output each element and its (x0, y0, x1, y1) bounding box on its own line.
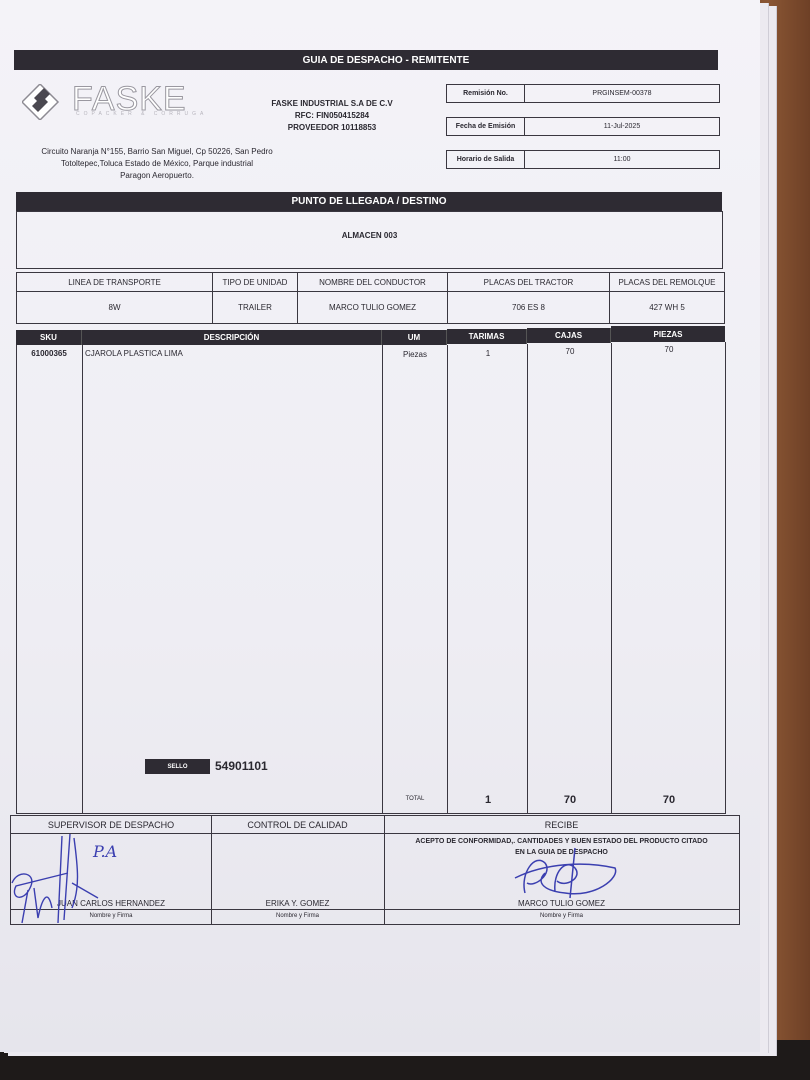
supervisor-note: P.A (93, 842, 117, 861)
fecha-emision-field: Fecha de Emisión 11-Jul-2025 (446, 117, 720, 136)
company-name: FASKE INDUSTRIAL S.A DE C.V (262, 98, 402, 110)
sku: 61000365 (18, 349, 80, 358)
firma-label: Nombre y Firma (11, 913, 211, 919)
receiver-name: MARCO TULIO GOMEZ (384, 899, 739, 908)
total-pieces: 70 (613, 794, 725, 806)
pieces: 70 (613, 345, 725, 354)
transport-table: LINEA DE TRANSPORTE TIPO DE UNIDAD NOMBR… (16, 272, 725, 324)
unit-measure: Piezas (384, 350, 446, 359)
remision-value: PRGINSEM-00378 (525, 85, 719, 102)
seal-number: 54901101 (215, 759, 268, 773)
transport-line: 8W (17, 292, 213, 323)
dispatch-guide-document: GUIA DE DESPACHO - REMITENTE FASKE COPAC… (0, 0, 760, 1052)
receiver-acceptance-text: ACEPTO DE CONFORMIDAD,. CANTIDADES Y BUE… (384, 836, 739, 858)
total-boxes: 70 (529, 794, 611, 806)
company-address: Circuito Naranja N°155, Barrio San Migue… (20, 146, 294, 182)
supervisor-name: JUAN CARLOS HERNANDEZ (11, 899, 211, 908)
remision-field: Remisión No. PRGINSEM-00378 (446, 84, 720, 103)
horario-salida-field: Horario de Salida 11:00 (446, 150, 720, 169)
pallets: 1 (449, 349, 527, 358)
company-provider: PROVEEDOR 10118853 (262, 122, 402, 134)
document-title-bar: GUIA DE DESPACHO - REMITENTE (14, 50, 718, 70)
firma-label: Nombre y Firma (384, 913, 739, 919)
tractor-plates: 706 ES 8 (448, 292, 610, 323)
destination-value: ALMACEN 003 (17, 231, 722, 240)
boxes: 70 (529, 347, 611, 356)
supervisor-header: SUPERVISOR DE DESPACHO (11, 816, 211, 833)
destination-header: PUNTO DE LLEGADA / DESTINO (16, 192, 722, 211)
total-label: TOTAL (384, 796, 446, 802)
firma-label: Nombre y Firma (211, 913, 384, 919)
fecha-emision-value: 11-Jul-2025 (525, 118, 719, 135)
company-rfc: RFC: FIN050415284 (262, 110, 402, 122)
seal-label: SELLO (145, 759, 210, 774)
description: CJAROLA PLASTICA LIMA (85, 349, 183, 358)
quality-header: CONTROL DE CALIDAD (211, 816, 384, 833)
signature-table: SUPERVISOR DE DESPACHO CONTROL DE CALIDA… (10, 815, 740, 925)
horario-salida-value: 11:00 (525, 151, 719, 168)
quality-name: ERIKA Y. GOMEZ (211, 899, 384, 908)
driver-name: MARCO TULIO GOMEZ (298, 292, 448, 323)
document-title: GUIA DE DESPACHO - REMITENTE (14, 55, 718, 66)
total-pallets: 1 (449, 794, 527, 806)
logo-diamond-icon (22, 84, 68, 120)
company-info: FASKE INDUSTRIAL S.A DE C.V RFC: FIN0504… (262, 98, 402, 134)
destination-box: ALMACEN 003 (16, 211, 723, 269)
trailer-plates: 427 WH 5 (610, 292, 724, 323)
receiver-header: RECIBE (384, 816, 739, 833)
unit-type: TRAILER (213, 292, 298, 323)
